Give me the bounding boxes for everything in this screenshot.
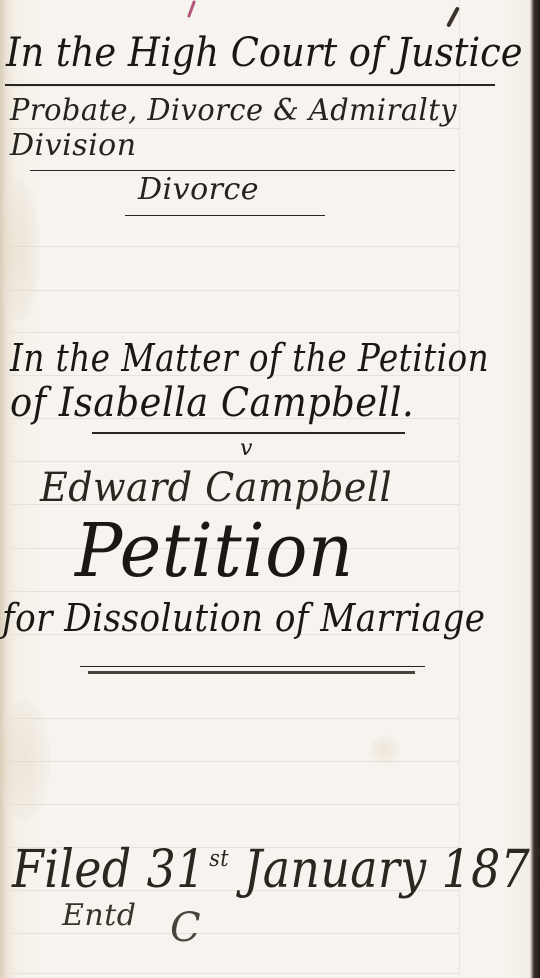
- document-page: In the High Court of Justice Probate, Di…: [0, 0, 540, 978]
- entered-mark: C: [170, 905, 201, 951]
- document-purpose: for Dissolution of Marriage: [2, 596, 485, 640]
- ruled-line: [10, 246, 460, 247]
- matter-line-1: In the Matter of the Petition: [10, 336, 489, 380]
- paper-stain: [0, 180, 40, 320]
- entered-label: Entd: [62, 898, 136, 933]
- filed-date: Filed 31st January 1877: [12, 840, 540, 900]
- heading-underline: [5, 84, 495, 86]
- ruled-line: [10, 86, 460, 87]
- ruled-line: [10, 804, 460, 805]
- closing-rule-thick: [88, 671, 415, 674]
- ruled-line: [10, 290, 460, 291]
- section-title: Divorce: [138, 172, 259, 207]
- pink-pen-mark: [187, 0, 196, 18]
- matter-line-2: of Isabella Campbell.: [10, 380, 414, 426]
- closing-rule-thin: [80, 666, 425, 667]
- section-underline: [125, 215, 325, 216]
- filed-label: Filed: [12, 840, 132, 900]
- ruled-line: [10, 933, 460, 934]
- ruled-line: [10, 461, 460, 462]
- division-rule: [30, 170, 455, 171]
- ruled-line: [10, 718, 460, 719]
- division-line-1: Probate, Divorce & Admiralty: [10, 93, 457, 128]
- ruled-line: [10, 332, 460, 333]
- margin-line: [459, 0, 460, 978]
- ink-mark: [446, 6, 460, 27]
- division-line-2: Division: [10, 128, 137, 163]
- ruled-line: [10, 973, 460, 974]
- court-heading: In the High Court of Justice: [6, 30, 523, 76]
- filed-day: 31: [147, 840, 206, 900]
- paper-stain: [0, 700, 50, 820]
- versus: v: [240, 436, 253, 461]
- document-type: Petition: [75, 508, 354, 594]
- petitioner-underline: [92, 432, 405, 434]
- filed-day-suffix: st: [209, 844, 229, 872]
- paper-stain: [370, 735, 400, 765]
- filed-month-year: January 1877: [244, 840, 540, 900]
- respondent-name: Edward Campbell: [40, 465, 392, 511]
